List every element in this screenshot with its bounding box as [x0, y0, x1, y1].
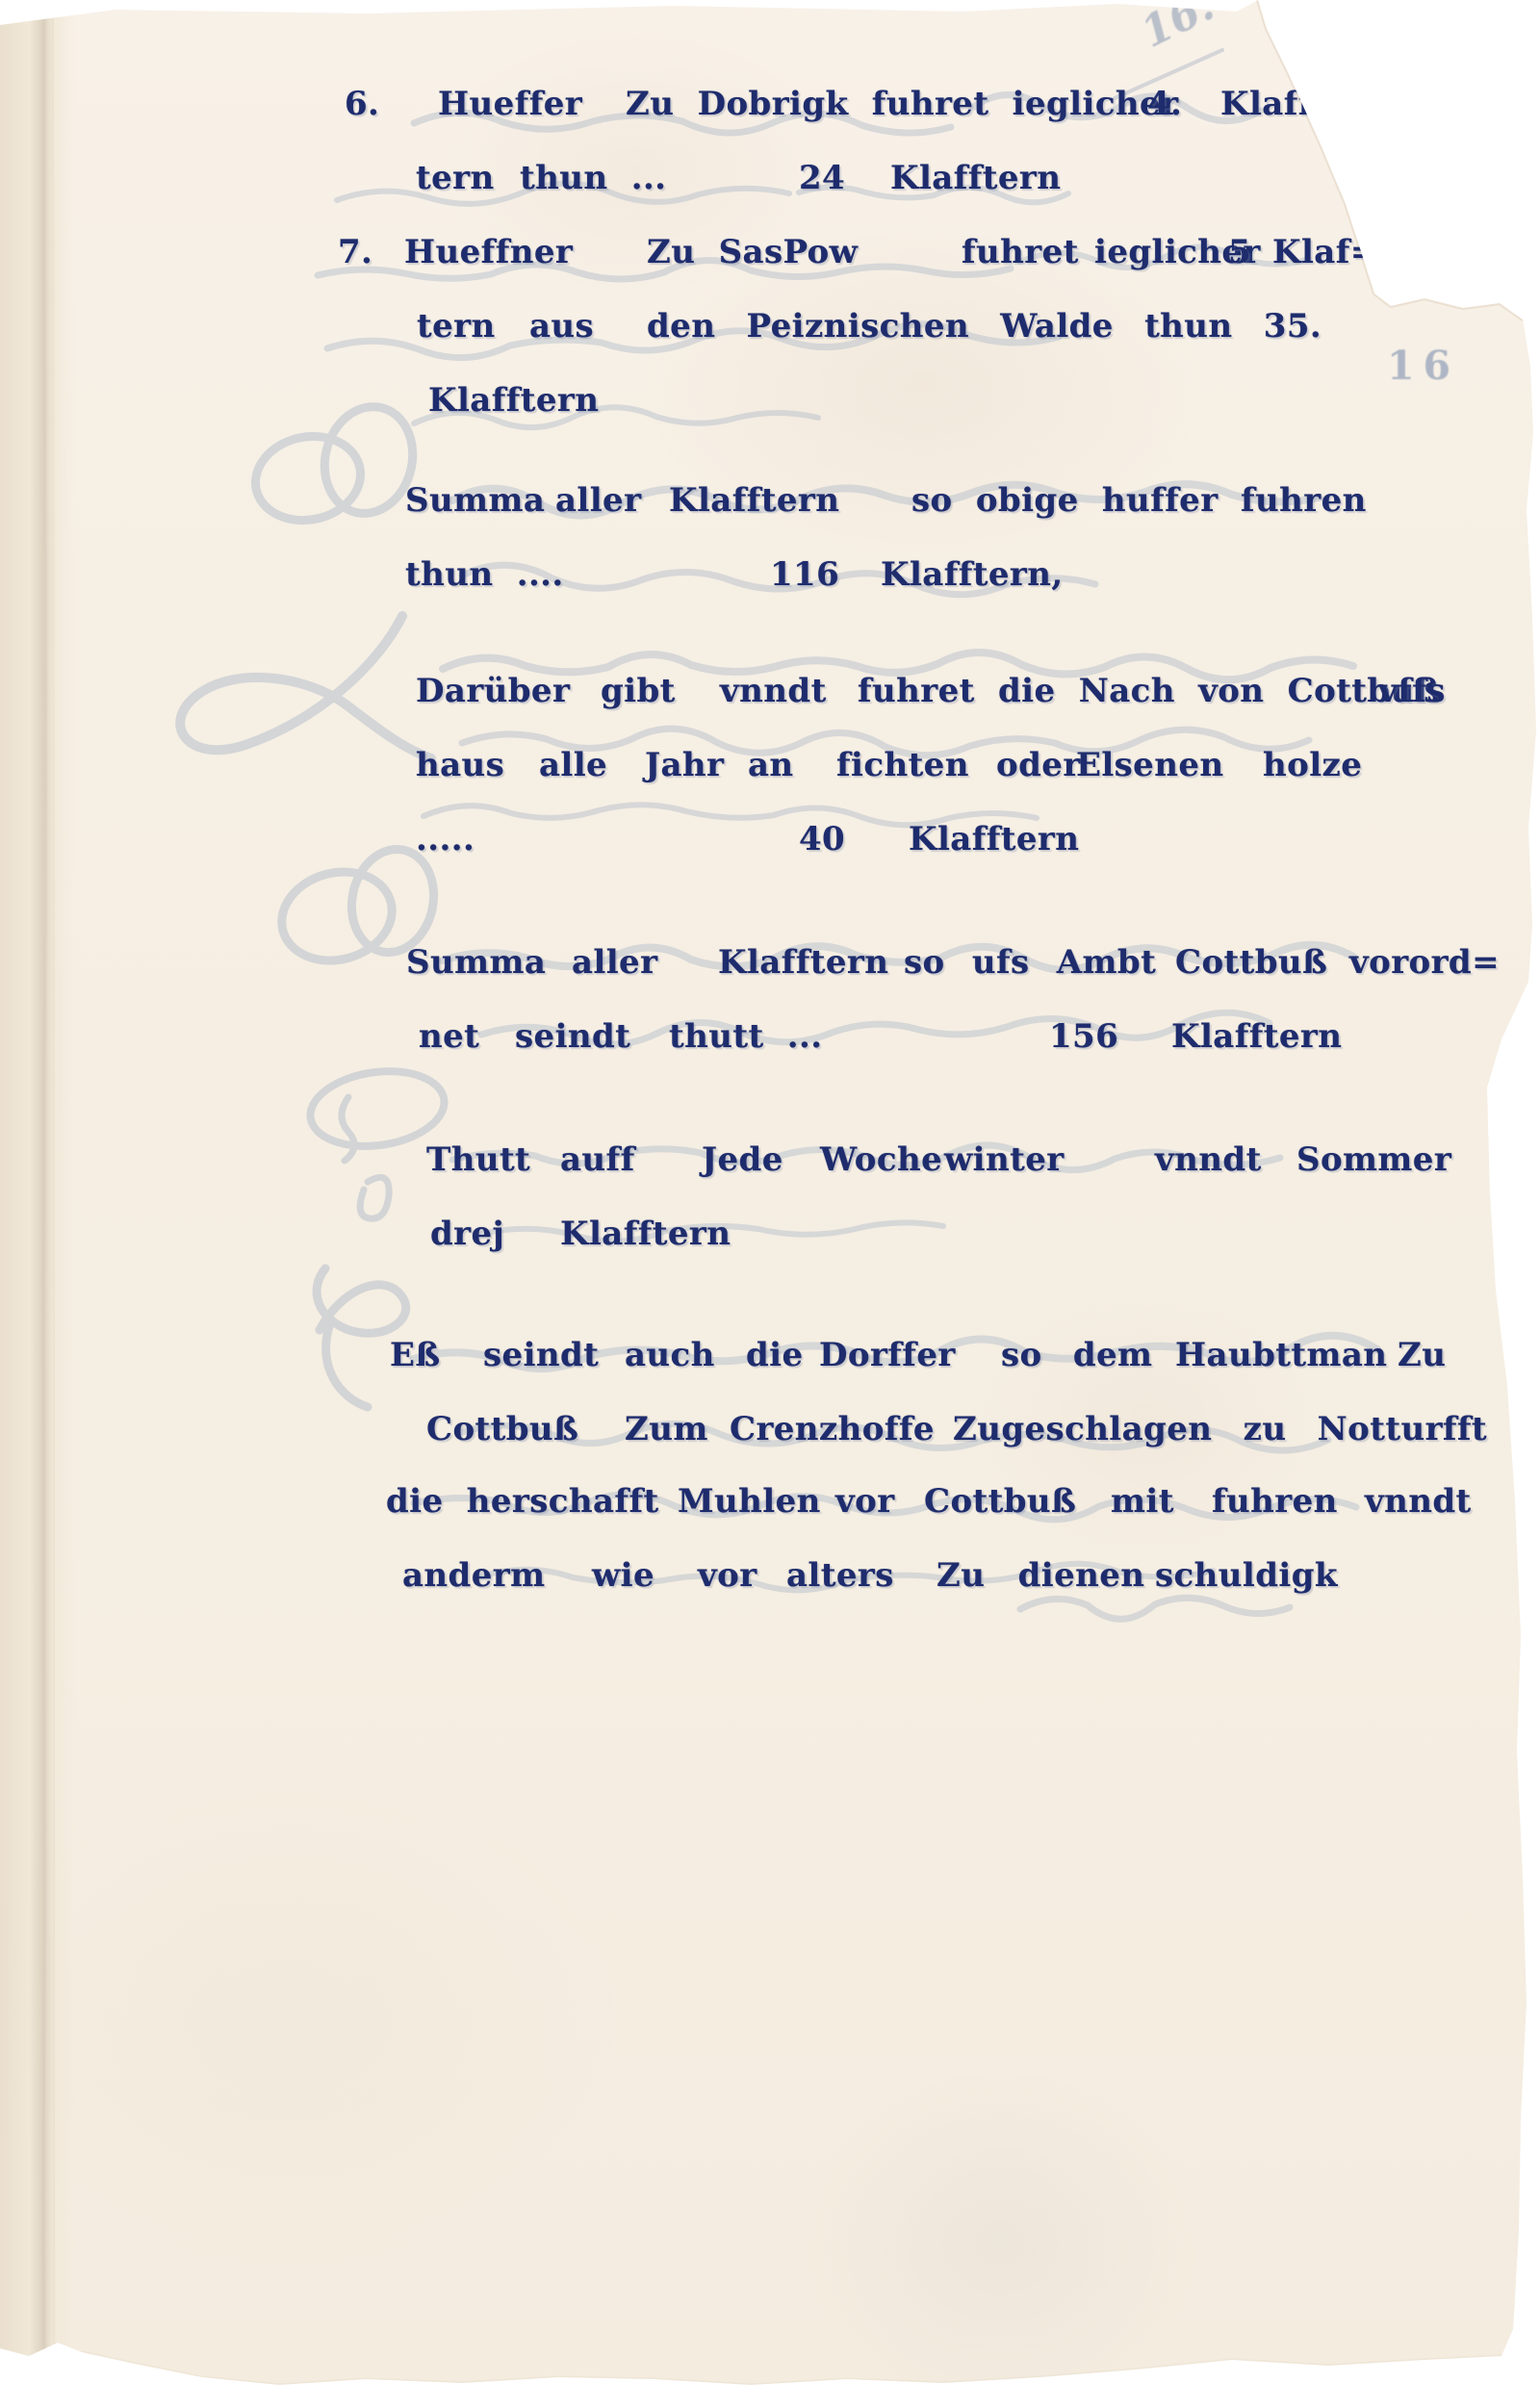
text-segment: 7. — [338, 233, 372, 271]
text-segment: so dem — [1001, 1336, 1152, 1374]
text-segment: Jahr — [645, 746, 724, 784]
text-segment: so obige huffer — [911, 481, 1219, 520]
text-segment: Klaf= — [1272, 233, 1378, 271]
text-segment: Eß — [390, 1336, 441, 1374]
text-segment: haus — [416, 746, 504, 784]
text-segment: Klafftern — [718, 943, 888, 982]
text-segment: anderm — [402, 1556, 545, 1595]
text-segment: 116 — [770, 555, 839, 594]
text-segment: Hueffner — [404, 233, 573, 271]
text-segment: 6. — [345, 85, 379, 123]
text-segment: thun .... — [405, 555, 564, 594]
text-segment: Klafftern — [890, 159, 1061, 197]
text-segment: fuhret — [962, 233, 1079, 271]
text-segment: vnndt — [1155, 1140, 1262, 1179]
text-segment: Cottbuß — [426, 1410, 578, 1448]
text-segment: 4. — [1147, 85, 1182, 123]
paper-sheet: 16. 16 6.HuefferZu Dobrigk fuhret ieglic… — [0, 0, 1540, 2408]
text-segment: Zu dienen — [937, 1556, 1144, 1595]
text-segment: Klafftern — [669, 481, 839, 520]
text-segment: Jede Woche — [702, 1140, 942, 1179]
text-segment: Sommer — [1296, 1140, 1451, 1179]
text-segment: 5 — [1228, 233, 1251, 271]
text-segment: Cottbuß — [1175, 943, 1327, 982]
text-segment: mit — [1111, 1482, 1174, 1521]
text-segment: vffs — [1378, 672, 1446, 710]
text-segment: Hueffer — [438, 85, 582, 123]
text-segment: winter — [944, 1140, 1065, 1179]
text-segment: schuldigk — [1155, 1556, 1338, 1595]
text-segment: Cottbuß — [924, 1482, 1076, 1521]
text-segment: Klafftern — [1171, 1017, 1342, 1056]
text-segment: 40 — [799, 820, 845, 858]
text-segment: seindt — [515, 1017, 630, 1056]
text-segment: aus — [529, 307, 594, 346]
text-segment: Klafftern — [909, 820, 1079, 858]
text-segment: Thutt — [426, 1140, 530, 1179]
text-segment: thun ... — [520, 159, 666, 197]
text-segment: 156 — [1049, 1017, 1118, 1056]
text-segment: Zu SasPow — [647, 233, 858, 271]
text-segment: auch die — [625, 1336, 804, 1374]
text-segment: ..... — [416, 820, 475, 858]
text-segment: Zu Dobrigk fuhret ieglicher — [626, 85, 1178, 123]
text-segment: Darüber — [416, 672, 570, 710]
text-segment: vnndt — [720, 672, 827, 710]
text-segment: tern — [417, 307, 496, 346]
text-segment: holze — [1263, 746, 1362, 784]
text-segment: drej — [430, 1215, 504, 1253]
text-segment: Klafftern — [428, 381, 599, 420]
text-segment: aller — [572, 943, 657, 982]
text-segment: seindt — [483, 1336, 599, 1374]
text-segment: Dorffer — [819, 1336, 956, 1374]
text-segment: an — [748, 746, 794, 784]
text-segment: gibt — [601, 672, 676, 710]
text-segment: auff — [560, 1140, 635, 1179]
document-text-layer: 6.HuefferZu Dobrigk fuhret ieglicher4.Kl… — [0, 0, 1540, 2408]
scanned-archive-page: { "page": { "background_color": "#ffffff… — [0, 0, 1540, 2408]
text-segment: Klafftern, — [881, 555, 1064, 594]
text-segment: die herschafft — [386, 1482, 659, 1521]
text-segment: Summa — [406, 943, 546, 982]
text-segment: aller — [555, 481, 641, 520]
text-segment: Crenzhoffe — [730, 1410, 935, 1448]
text-segment: fuhren vnndt — [1212, 1482, 1472, 1521]
text-segment: fuhren — [1241, 481, 1367, 520]
text-segment: Zu — [1398, 1336, 1446, 1374]
text-segment: wie — [592, 1556, 654, 1595]
text-segment: net — [419, 1017, 479, 1056]
text-segment: Haubttman — [1175, 1336, 1387, 1374]
text-segment: alle — [539, 746, 607, 784]
text-segment: vor — [698, 1556, 757, 1595]
text-segment: alters — [786, 1556, 894, 1595]
text-segment: vor — [835, 1482, 895, 1521]
text-segment: Klafftern — [560, 1215, 731, 1253]
text-segment: tern — [416, 159, 495, 197]
text-segment: Muhlen — [678, 1482, 821, 1521]
text-segment: Zugeschlagen zu Notturfft — [953, 1410, 1487, 1448]
text-segment: 24 — [799, 159, 845, 197]
text-segment: vorord= — [1349, 943, 1500, 982]
text-segment: fuhret die Nach von Cottbuß — [858, 672, 1440, 710]
text-segment: den Peiznischen Walde thun 35. — [647, 307, 1322, 346]
text-segment: Zum — [625, 1410, 708, 1448]
text-segment: so ufs Ambt — [904, 943, 1156, 982]
text-segment: Elsenen — [1076, 746, 1223, 784]
text-segment: fichten oder — [836, 746, 1081, 784]
text-segment: thutt ... — [669, 1017, 823, 1056]
text-segment: Summa — [405, 481, 545, 520]
text-segment: Klaff= — [1220, 85, 1341, 123]
